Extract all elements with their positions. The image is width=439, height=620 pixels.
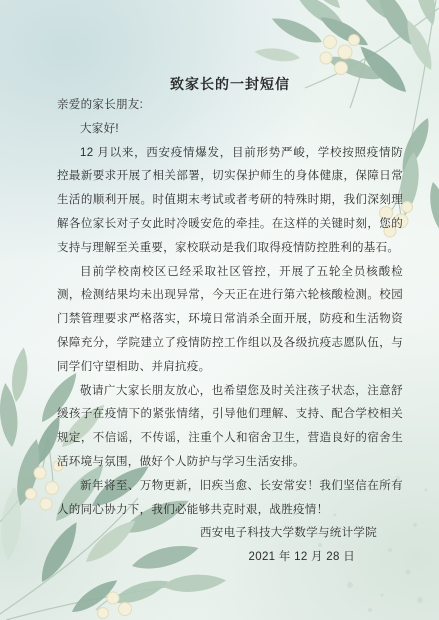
salutation: 亲爱的家长朋友:	[57, 94, 403, 118]
paragraph-2: 目前学校南校区已经采取社区管控，开展了五轮全员核酸检测，检测结果均未出现异常，今…	[57, 261, 403, 380]
date: 2021 年 12 月 28 日	[57, 546, 403, 570]
signature: 西安电子科技大学数学与统计学院	[57, 522, 403, 546]
paragraph-3: 敬请广大家长朋友放心，也希望您及时关注孩子状态，注意舒缓孩子在疫情下的紧张情绪，…	[57, 380, 403, 475]
letter-content: 致家长的一封短信 亲爱的家长朋友: 大家好! 12 月以来，西安疫情爆发，目前形…	[57, 74, 403, 570]
letter-page: 致家长的一封短信 亲爱的家长朋友: 大家好! 12 月以来，西安疫情爆发，目前形…	[0, 0, 439, 620]
greeting: 大家好!	[57, 118, 403, 142]
letter-title: 致家长的一封短信	[57, 74, 403, 94]
paragraph-4: 新年将至、万物更新，旧疾当愈、长安常安！我们坚信在所有人的同心协力下，我们必能够…	[57, 475, 403, 523]
paragraph-1: 12 月以来，西安疫情爆发，目前形势严峻，学校按照疫情防控最新要求开展了相关部署…	[57, 142, 403, 261]
